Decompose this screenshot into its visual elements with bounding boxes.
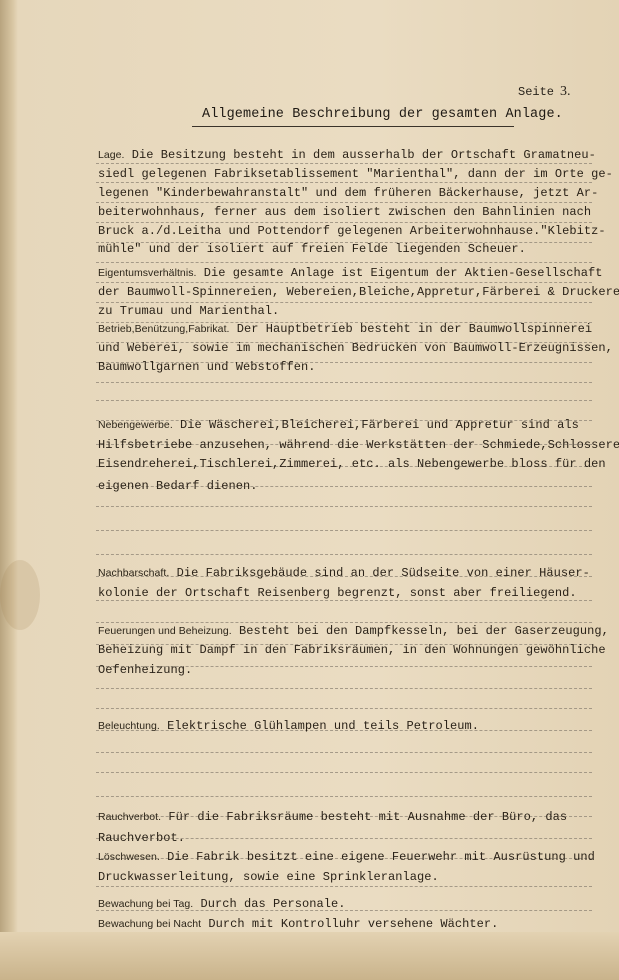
- section-label: Rauchverbot.: [98, 811, 161, 823]
- section-label: Beleuchtung.: [98, 720, 160, 732]
- text-line: der Baumwoll-Spinnereien, Webereien,Blei…: [98, 285, 619, 299]
- text-line: Bruck a./d.Leitha und Pottendorf gelegen…: [98, 224, 606, 238]
- document-page: Seite3. Allgemeine Beschreibung der gesa…: [0, 0, 619, 980]
- text-line: Hilfsbetriebe anzusehen, während die Wer…: [98, 438, 619, 452]
- section-label: Nebengewerbe.: [98, 419, 173, 431]
- text-line: Rauchverbot.: [98, 831, 185, 845]
- text-line: Druckwasserleitung, sowie eine Sprinkler…: [98, 870, 439, 884]
- text-line: Nebengewerbe. Die Wäscherei,Bleicherei,F…: [98, 418, 579, 432]
- text-line: Bewachung bei Tag. Durch das Personale.: [98, 897, 346, 911]
- text-line: Beheizung mit Dampf in den Fabriksräumen…: [98, 643, 606, 657]
- section-label: Löschwesen.: [98, 851, 160, 863]
- section-label: Bewachung bei Tag.: [98, 898, 193, 910]
- document-title: Allgemeine Beschreibung der gesamten Anl…: [202, 107, 563, 122]
- text-line: Nachbarschaft. Die Fabriksgebäude sind a…: [98, 566, 590, 580]
- text-line: Löschwesen. Die Fabrik besitzt eine eige…: [98, 850, 595, 864]
- text-line: Beleuchtung. Elektrische Glühlampen und …: [98, 719, 479, 733]
- section-label: Betrieb,Benützung,Fabrikat.: [98, 323, 230, 335]
- page-number-label: Seite: [518, 85, 554, 99]
- text-line: kolonie der Ortschaft Reisenberg begrenz…: [98, 586, 577, 600]
- section-label: Lage.: [98, 149, 125, 161]
- text-line: eigenen Bedarf dienen.: [98, 479, 258, 493]
- page-bottom-edge: [0, 932, 619, 980]
- section-label: Bewachung bei Nacht: [98, 918, 201, 930]
- paper-stain: [0, 560, 40, 630]
- text-line: Baumwollgarnen und Webstoffen.: [98, 360, 316, 374]
- text-line: Betrieb,Benützung,Fabrikat. Der Hauptbet…: [98, 322, 592, 336]
- text-line: Eisendreherei,Tischlerei,Zimmerei, etc. …: [98, 457, 606, 471]
- text-line: zu Trumau und Marienthal.: [98, 304, 279, 318]
- text-line: Rauchverbot. Für die Fabriksräume besteh…: [98, 810, 567, 824]
- text-line: Oefenheizung.: [98, 663, 192, 677]
- text-line: legenen "Kinderbewahranstalt" und dem fr…: [98, 186, 598, 200]
- text-line: Bewachung bei Nacht Durch mit Kontrolluh…: [98, 917, 498, 931]
- text-line: beiterwohnhaus, ferner aus dem isoliert …: [98, 205, 591, 219]
- title-underline: [192, 126, 514, 127]
- section-label: Nachbarschaft.: [98, 567, 169, 579]
- text-line: Lage. Die Besitzung besteht in dem ausse…: [98, 148, 596, 162]
- text-line: Eigentumsverhältnis. Die gesamte Anlage …: [98, 266, 603, 280]
- text-line: mühle" und der isoliert auf freien Felde…: [98, 242, 526, 256]
- page-number-value: 3.: [560, 84, 571, 99]
- section-label: Eigentumsverhältnis.: [98, 267, 196, 279]
- page-fold-shadow: [0, 0, 18, 980]
- text-line: Feuerungen und Beheizung. Besteht bei de…: [98, 624, 609, 638]
- text-line: siedl gelegenen Fabriksetablissement "Ma…: [98, 167, 613, 181]
- text-line: und Weberei, sowie im mechanischen Bedru…: [98, 341, 613, 355]
- section-label: Feuerungen und Beheizung.: [98, 625, 232, 637]
- page-number: Seite3.: [518, 84, 571, 100]
